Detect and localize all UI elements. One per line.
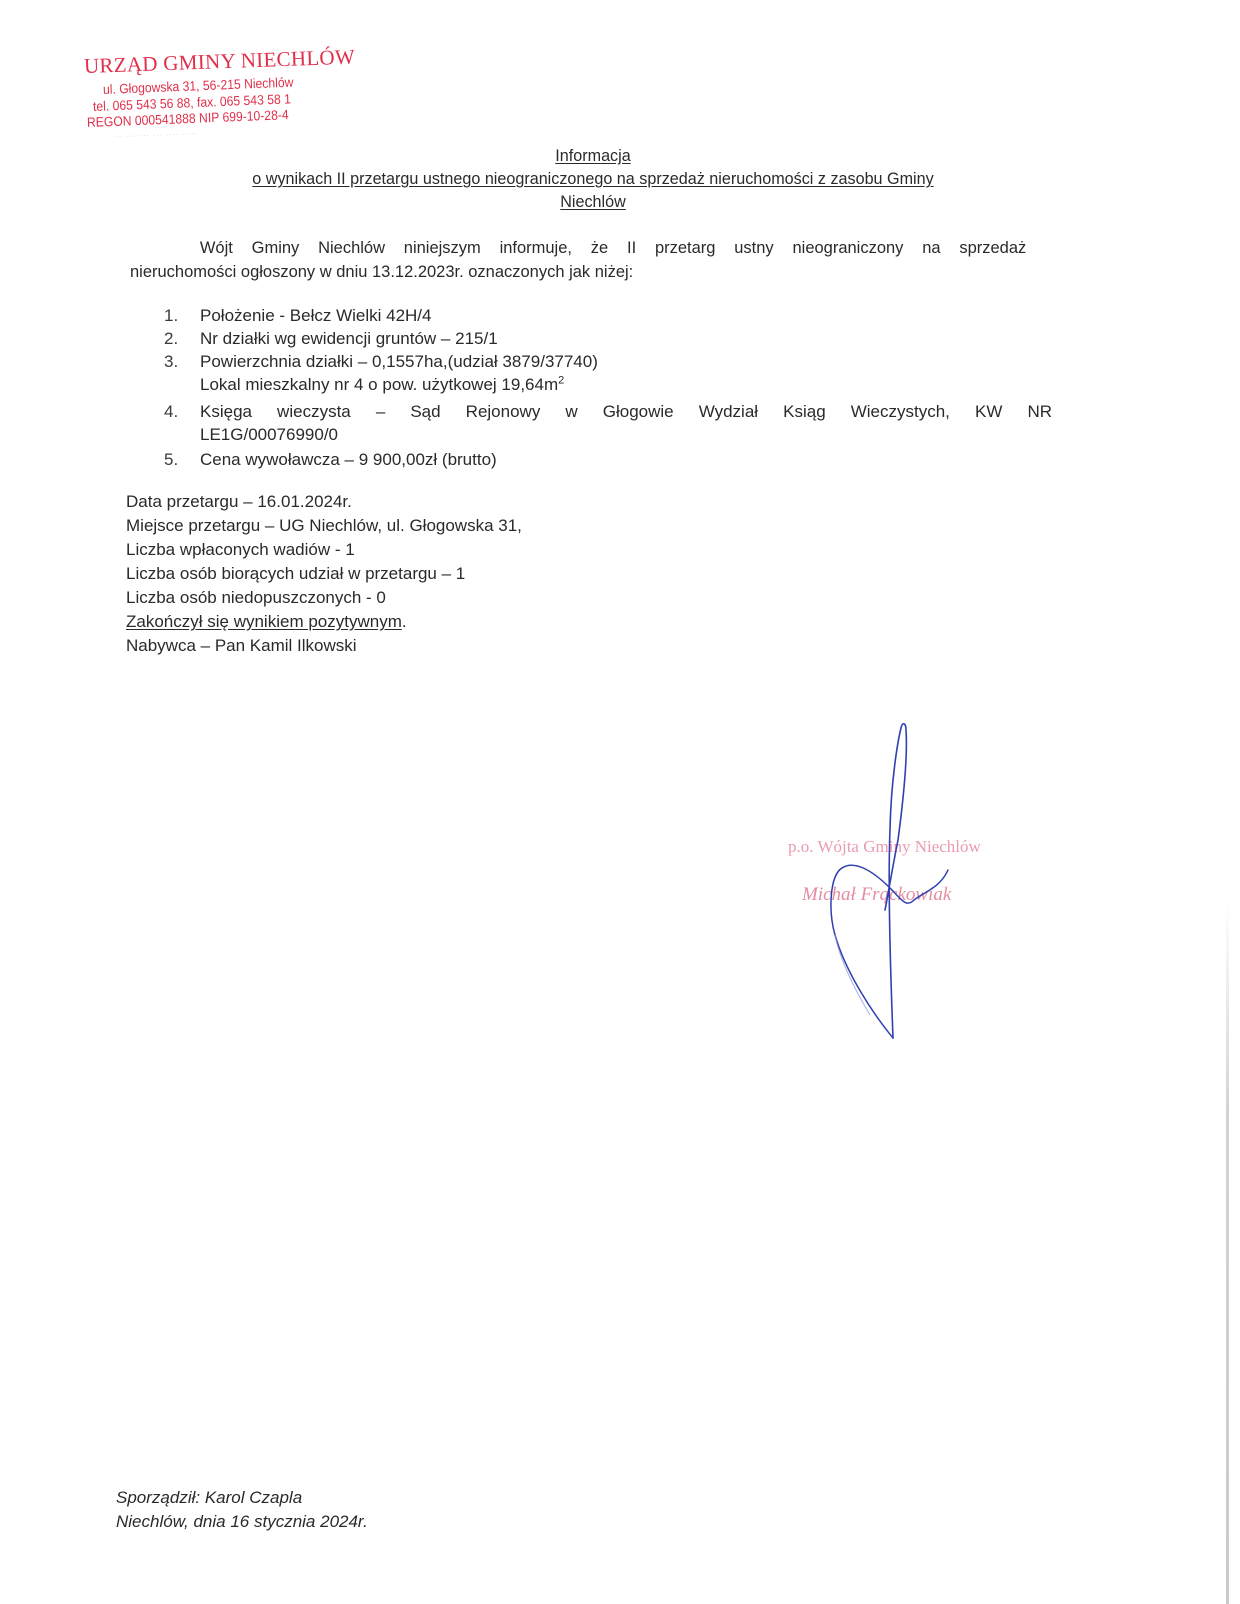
property-items-list: 1. Położenie - Bełcz Wielki 42H/4 2. Nr … bbox=[164, 304, 1052, 471]
heading-subtitle: o wynikach II przetargu ustnego nieogran… bbox=[252, 169, 933, 188]
intro-line-1: Wójt Gminy Niechlów niniejszym informuje… bbox=[130, 236, 1026, 260]
place-and-date: Niechlów, dnia 16 stycznia 2024r. bbox=[116, 1510, 368, 1534]
auction-place: Miejsce przetargu – UG Niechlów, ul. Gło… bbox=[126, 514, 522, 538]
item-number: 3. bbox=[164, 350, 200, 396]
auction-result: Zakończył się wynikiem pozytywnym bbox=[126, 612, 402, 631]
list-item: 3. Powierzchnia działki – 0,1557ha,(udzi… bbox=[164, 350, 1052, 396]
not-admitted-count: Liczba osób niedopuszczonych - 0 bbox=[126, 586, 522, 610]
item-text-continued: Lokal mieszkalny nr 4 o pow. użytkowej 1… bbox=[200, 375, 558, 394]
superscript: 2 bbox=[558, 374, 564, 386]
item-text: Cena wywoławcza – 9 900,00zł (brutto) bbox=[200, 448, 1052, 471]
item-text: Położenie - Bełcz Wielki 42H/4 bbox=[200, 304, 1052, 327]
list-item: 5. Cena wywoławcza – 9 900,00zł (brutto) bbox=[164, 448, 1052, 471]
auction-date: Data przetargu – 16.01.2024r. bbox=[126, 490, 522, 514]
heading-subtitle-end: Niechlów bbox=[560, 192, 626, 211]
list-item: 1. Położenie - Bełcz Wielki 42H/4 bbox=[164, 304, 1052, 327]
document-footer: Sporządził: Karol Czapla Niechlów, dnia … bbox=[116, 1486, 368, 1534]
deposits-count: Liczba wpłaconych wadiów - 1 bbox=[126, 538, 522, 562]
item-text: Powierzchnia działki – 0,1557ha,(udział … bbox=[200, 350, 1052, 373]
list-item: 2. Nr działki wg ewidencji gruntów – 215… bbox=[164, 327, 1052, 350]
intro-line-2: nieruchomości ogłoszony w dniu 13.12.202… bbox=[130, 260, 1026, 284]
stamp-office-name: URZĄD GMINY NIECHLÓW bbox=[84, 46, 365, 77]
scan-page-edge bbox=[1226, 900, 1229, 1604]
auction-details: Data przetargu – 16.01.2024r. Miejsce pr… bbox=[126, 490, 522, 658]
intro-paragraph: Wójt Gminy Niechlów niniejszym informuje… bbox=[130, 236, 1026, 284]
buyer: Nabywca – Pan Kamil Ilkowski bbox=[126, 634, 522, 658]
item-number: 5. bbox=[164, 448, 200, 471]
handwritten-signature-icon bbox=[780, 720, 1040, 1050]
item-text-continued: LE1G/00076990/0 bbox=[200, 423, 1052, 446]
office-stamp: URZĄD GMINY NIECHLÓW ul. Głogowska 31, 5… bbox=[84, 56, 364, 141]
item-number: 1. bbox=[164, 304, 200, 327]
signature-block: p.o. Wójta Gminy Niechlów Michał Frąckow… bbox=[780, 720, 1040, 1050]
auction-result-period: . bbox=[402, 612, 407, 631]
item-text: Księga wieczysta – Sąd Rejonowy w Głogow… bbox=[200, 400, 1052, 423]
heading-title: Informacja bbox=[555, 146, 630, 165]
item-text: Nr działki wg ewidencji gruntów – 215/1 bbox=[200, 327, 1052, 350]
document-heading: Informacja o wynikach II przetargu ustne… bbox=[163, 144, 1024, 213]
item-number: 4. bbox=[164, 400, 200, 446]
prepared-by: Sporządził: Karol Czapla bbox=[116, 1486, 368, 1510]
item-number: 2. bbox=[164, 327, 200, 350]
list-item: 4. Księga wieczysta – Sąd Rejonowy w Gło… bbox=[164, 400, 1052, 446]
participants-count: Liczba osób biorących udział w przetargu… bbox=[126, 562, 522, 586]
